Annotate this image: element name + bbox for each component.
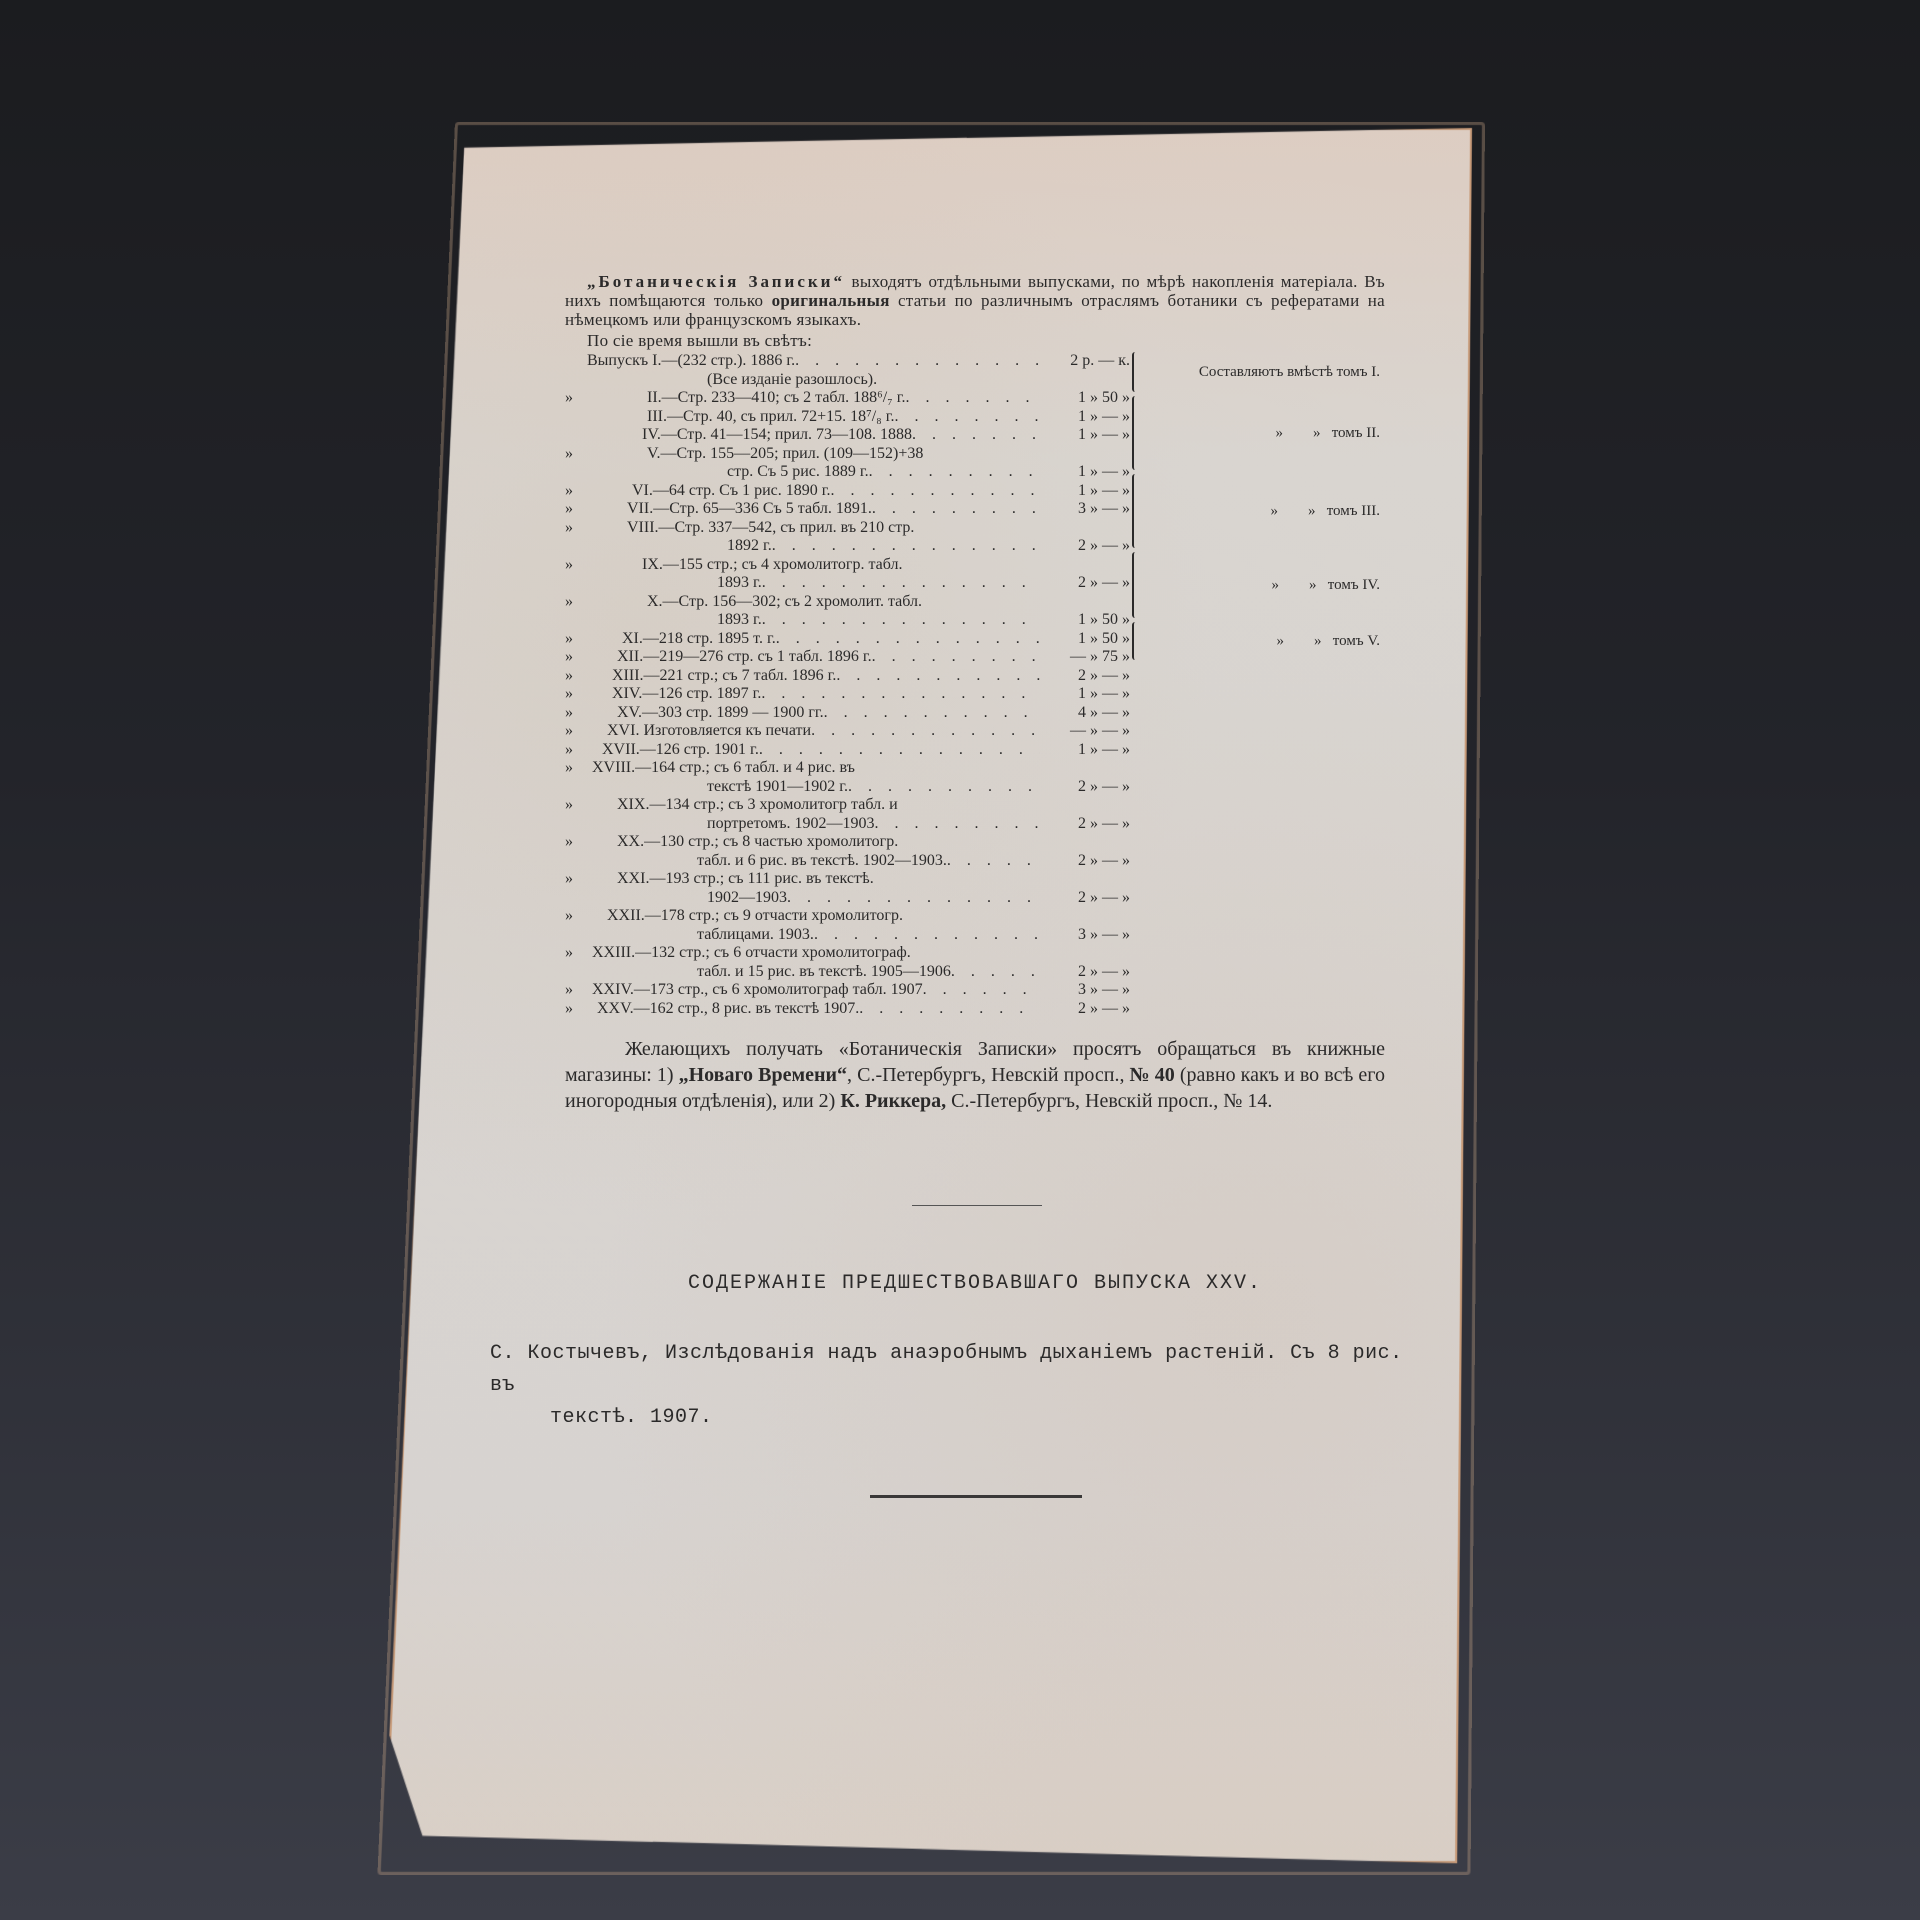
issue-row: III.—Стр. 40, съ прил. 72+15. 18⁷/₈ г. .… — [565, 408, 1130, 427]
issue-row: »II.—Стр. 233—410; съ 2 табл. 188⁶/₇ г. … — [565, 389, 1130, 408]
issue-row: »XIII.—221 стр.; съ 7 табл. 1896 г. . . … — [565, 667, 1130, 686]
issue-row: »XIV.—126 стр. 1897 г. . . . . . . . . .… — [565, 685, 1130, 704]
divider-rule — [912, 1205, 1042, 1206]
issue-row: стр. Съ 5 рис. 1889 г. . . . . . . . . .… — [565, 463, 1130, 482]
ditto-mark: » — [565, 500, 587, 519]
issue-description: 1893 г. — [587, 611, 762, 630]
issue-price: 1 » 50 » — [1040, 630, 1130, 649]
leader-dots: . . . . . . . . . . . . . . . . . . . — [906, 389, 1041, 408]
volume-label: » » томъ IV. — [1272, 576, 1380, 595]
issue-description: VI.—64 стр. Съ 1 рис. 1890 г. — [587, 482, 831, 501]
ditto-mark: » — [565, 482, 587, 501]
issue-description: 1892 г. — [587, 537, 772, 556]
volume-label: » » томъ V. — [1277, 632, 1380, 651]
previous-issue-contents: С. Костычевъ, Изслѣдованія надъ анаэробн… — [490, 1338, 1420, 1434]
issue-description: XXIII.—132 стр.; съ 6 отчасти хромолитог… — [587, 944, 911, 963]
leader-dots: . . . . . . . . . . . . . . . . . . . — [895, 408, 1041, 427]
issue-description: XX.—130 стр.; съ 8 частью хромолитогр. — [587, 833, 898, 852]
issue-row: »VIII.—Стр. 337—542, съ прил. въ 210 стр… — [565, 519, 1130, 538]
leader-dots: . . . . . . . . . . . . . . . . . . . — [759, 741, 1040, 760]
issue-description: XXI.—193 стр.; съ 111 рис. въ текстѣ. — [587, 870, 874, 889]
leader-dots: . . . . . . . . . . . . . . . . . . . — [762, 611, 1040, 630]
issue-row: таблицами. 1903. . . . . . . . . . . . .… — [565, 926, 1130, 945]
issue-row: »XI.—218 стр. 1895 т. г. . . . . . . . .… — [565, 630, 1130, 649]
issue-description: X.—Стр. 156—302; съ 2 хромолит. табл. — [587, 593, 922, 612]
issue-description: табл. и 15 рис. въ текстѣ. 1905—1906 — [587, 963, 951, 982]
issue-price: 4 » — » — [1040, 704, 1130, 723]
issue-price: 1 » — » — [1040, 408, 1130, 427]
issue-row: »XXII.—178 стр.; съ 9 отчасти хромолитог… — [565, 907, 1130, 926]
issue-description: IV.—Стр. 41—154; прил. 73—108. 1888 — [587, 426, 912, 445]
end-rule — [870, 1495, 1082, 1498]
issue-description: 1893 г. — [587, 574, 762, 593]
ditto-mark: » — [565, 648, 587, 667]
issue-row: »VI.—64 стр. Съ 1 рис. 1890 г. . . . . .… — [565, 482, 1130, 501]
issue-price: 2 » — » — [1040, 815, 1130, 834]
issue-description: табл. и 6 рис. въ текстѣ. 1902—1903. — [587, 852, 947, 871]
leader-dots: . . . . . . . . . . . . . . . . . . . — [762, 574, 1040, 593]
issue-row: 1892 г. . . . . . . . . . . . . . . . . … — [565, 537, 1130, 556]
issue-description: XII.—219—276 стр. съ 1 табл. 1896 г. — [587, 648, 872, 667]
brace — [1132, 352, 1140, 392]
ditto-mark: » — [565, 519, 587, 538]
leader-dots: . . . . . . . . . . . . . . . . . . . — [824, 704, 1040, 723]
issue-row: »XXV.—162 стр., 8 рис. въ текстѣ 1907. .… — [565, 1000, 1130, 1019]
issue-description: V.—Стр. 155—205; прил. (109—152)+38 — [587, 445, 923, 464]
issue-price: 1 » — » — [1040, 426, 1130, 445]
store-number: № 40 — [1130, 1064, 1175, 1086]
issue-row: »XII.—219—276 стр. съ 1 табл. 1896 г. . … — [565, 648, 1130, 667]
issue-description: портретомъ. 1902—1903 — [587, 815, 875, 834]
issue-row: Выпускъ I.—(232 стр.). 1886 г. . . . . .… — [565, 352, 1130, 371]
leader-dots: . . . . . . . . . . . . . . . . . . . — [859, 1000, 1040, 1019]
leader-dots: . . . . . . . . . . . . . . . . . . . — [912, 426, 1040, 445]
store-novoe-vremya: „Новаго Времени“ — [679, 1064, 847, 1086]
published-so-far: По сіе время вышли въ свѣтъ: — [565, 331, 1385, 350]
leader-dots: . . . . . . . . . . . . . . . . . . . — [814, 926, 1040, 945]
ditto-mark: » — [565, 630, 587, 649]
leader-dots: . . . . . . . . . . . . . . . . . . . — [787, 889, 1040, 908]
contents-line-1: С. Костычевъ, Изслѣдованія надъ анаэробн… — [490, 1338, 1420, 1402]
issue-row: »XVIII.—164 стр.; съ 6 табл. и 4 рис. въ — [565, 759, 1130, 778]
issue-price: 1 » 50 » — [1040, 389, 1130, 408]
issue-price: 1 » — » — [1040, 741, 1130, 760]
leader-dots: . . . . . . . . . . . . . . . . . . . — [869, 463, 1040, 482]
ditto-mark: » — [565, 944, 587, 963]
page-content: „Ботаническія Записки“ выходятъ отдѣльны… — [565, 272, 1385, 1114]
issue-row: »XX.—130 стр.; съ 8 частью хромолитогр. — [565, 833, 1130, 852]
issue-description: таблицами. 1903. — [587, 926, 814, 945]
issue-description: VII.—Стр. 65—336 Съ 5 табл. 1891. — [587, 500, 872, 519]
ditto-mark: » — [565, 833, 587, 852]
issue-description: XIV.—126 стр. 1897 г. — [587, 685, 761, 704]
journal-title: „Ботаническія Записки“ — [587, 272, 845, 291]
issue-description: XI.—218 стр. 1895 т. г. — [587, 630, 776, 649]
issue-price: 2 » — » — [1040, 1000, 1130, 1019]
leader-dots: . . . . . . . . . . . . . . . . . . . — [872, 500, 1040, 519]
issue-description: XVI. Изготовляется къ печати — [587, 722, 811, 741]
issue-description: XIX.—134 стр.; съ 3 хромолитогр табл. и — [587, 796, 898, 815]
issue-price: 1 » — » — [1040, 463, 1130, 482]
issue-description: XV.—303 стр. 1899 — 1900 гг. — [587, 704, 824, 723]
ditto-mark: » — [565, 907, 587, 926]
issue-row: табл. и 15 рис. въ текстѣ. 1905—1906 . .… — [565, 963, 1130, 982]
issues-list: Выпускъ I.—(232 стр.). 1886 г. . . . . .… — [565, 352, 1385, 1018]
issue-row: табл. и 6 рис. въ текстѣ. 1902—1903. . .… — [565, 852, 1130, 871]
ditto-mark: » — [565, 759, 587, 778]
issue-price: 2 » — » — [1040, 537, 1130, 556]
issue-row: 1902—1903 . . . . . . . . . . . . . . . … — [565, 889, 1130, 908]
issue-description: XXIV.—173 стр., съ 6 хромолитограф табл.… — [587, 981, 923, 1000]
issue-price: — » — » — [1040, 722, 1130, 741]
brace — [1132, 396, 1140, 470]
leader-dots: . . . . . . . . . . . . . . . . . . . — [772, 537, 1040, 556]
issue-description: II.—Стр. 233—410; съ 2 табл. 188⁶/₇ г. — [587, 389, 906, 408]
volume-label: » » томъ II. — [1275, 424, 1380, 443]
issue-description: Выпускъ I.—(232 стр.). 1886 г. — [587, 352, 795, 371]
brace — [1132, 552, 1140, 618]
order-text-4: С.-Петербургъ, Невскій просп., № 14. — [946, 1090, 1272, 1112]
leader-dots: . . . . . . . . . . . . . . . . . . . — [836, 667, 1040, 686]
ditto-mark: » — [565, 870, 587, 889]
issue-description: 1902—1903 — [587, 889, 787, 908]
issue-description: IX.—155 стр.; съ 4 хромолитогр. табл. — [587, 556, 903, 575]
issue-row: »IX.—155 стр.; съ 4 хромолитогр. табл. — [565, 556, 1130, 575]
ditto-mark: » — [565, 796, 587, 815]
issue-description: VIII.—Стр. 337—542, съ прил. въ 210 стр. — [587, 519, 914, 538]
issue-description: текстѣ 1901—1902 г. — [587, 778, 848, 797]
volume-label: » » томъ III. — [1270, 502, 1380, 521]
ditto-mark: » — [565, 593, 587, 612]
issue-description: XXV.—162 стр., 8 рис. въ текстѣ 1907. — [587, 1000, 859, 1019]
ditto-mark: » — [565, 685, 587, 704]
ditto-mark: » — [565, 722, 587, 741]
order-text-2: , С.-Петербургъ, Невскій просп., — [847, 1064, 1130, 1086]
issue-row: »VII.—Стр. 65—336 Съ 5 табл. 1891. . . .… — [565, 500, 1130, 519]
issue-row: 1893 г. . . . . . . . . . . . . . . . . … — [565, 611, 1130, 630]
ditto-mark: » — [565, 981, 587, 1000]
issue-row: »XIX.—134 стр.; съ 3 хромолитогр табл. и — [565, 796, 1130, 815]
issue-price: 2 » — » — [1040, 889, 1130, 908]
issue-description: XVIII.—164 стр.; съ 6 табл. и 4 рис. въ — [587, 759, 855, 778]
leader-dots: . . . . . . . . . . . . . . . . . . . — [795, 352, 1040, 371]
leader-dots: . . . . . . . . . . . . . . . . . . . — [923, 981, 1040, 1000]
leader-dots: . . . . . . . . . . . . . . . . . . . — [848, 778, 1040, 797]
issue-price: 3 » — » — [1040, 926, 1130, 945]
leader-dots: . . . . . . . . . . . . . . . . . . . — [875, 815, 1040, 834]
issue-row: »V.—Стр. 155—205; прил. (109—152)+38 — [565, 445, 1130, 464]
leader-dots: . . . . . . . . . . . . . . . . . . . — [761, 685, 1040, 704]
ditto-mark: » — [565, 389, 587, 408]
issue-price: 2 » — » — [1040, 667, 1130, 686]
issue-price: 1 » — » — [1040, 685, 1130, 704]
ditto-mark: » — [565, 667, 587, 686]
issue-description: (Все изданіе разошлось). — [587, 371, 877, 390]
issue-price: 2 » — » — [1040, 574, 1130, 593]
ditto-mark: » — [565, 704, 587, 723]
issue-description: XXII.—178 стр.; съ 9 отчасти хромолитогр… — [587, 907, 903, 926]
issue-row: (Все изданіе разошлось). — [565, 371, 1130, 390]
issue-row: »XXI.—193 стр.; съ 111 рис. въ текстѣ. — [565, 870, 1130, 889]
issue-row: »XXIII.—132 стр.; съ 6 отчасти хромолито… — [565, 944, 1130, 963]
issue-price: — » 75 » — [1040, 648, 1130, 667]
issue-description: XVII.—126 стр. 1901 г. — [587, 741, 759, 760]
issue-row: текстѣ 1901—1902 г. . . . . . . . . . . … — [565, 778, 1130, 797]
issue-row: »X.—Стр. 156—302; съ 2 хромолит. табл. — [565, 593, 1130, 612]
leader-dots: . . . . . . . . . . . . . . . . . . . — [951, 963, 1040, 982]
issue-price: 2 » — » — [1040, 778, 1130, 797]
leader-dots: . . . . . . . . . . . . . . . . . . . — [776, 630, 1040, 649]
leader-dots: . . . . . . . . . . . . . . . . . . . — [811, 722, 1040, 741]
leader-dots: . . . . . . . . . . . . . . . . . . . — [872, 648, 1040, 667]
ditto-mark: » — [565, 741, 587, 760]
issue-row: портретомъ. 1902—1903 . . . . . . . . . … — [565, 815, 1130, 834]
intro-paragraph: „Ботаническія Записки“ выходятъ отдѣльны… — [565, 272, 1385, 350]
issue-row: »XV.—303 стр. 1899 — 1900 гг. . . . . . … — [565, 704, 1130, 723]
issue-price: 3 » — » — [1040, 500, 1130, 519]
brace — [1132, 622, 1140, 660]
issue-row: »XXIV.—173 стр., съ 6 хромолитограф табл… — [565, 981, 1130, 1000]
brace — [1132, 474, 1140, 548]
leader-dots: . . . . . . . . . . . . . . . . . . . — [947, 852, 1040, 871]
issue-row: 1893 г. . . . . . . . . . . . . . . . . … — [565, 574, 1130, 593]
issue-price: 3 » — » — [1040, 981, 1130, 1000]
issue-description: XIII.—221 стр.; съ 7 табл. 1896 г. — [587, 667, 836, 686]
issue-price: 2 р. — к. — [1040, 352, 1130, 371]
store-rikker: К. Риккера, — [840, 1090, 946, 1112]
issue-price: 1 » 50 » — [1040, 611, 1130, 630]
contents-line-2: текстѣ. 1907. — [490, 1402, 1420, 1434]
issue-row: »XVI. Изготовляется къ печати . . . . . … — [565, 722, 1130, 741]
leader-dots: . . . . . . . . . . . . . . . . . . . — [831, 482, 1040, 501]
volume-label: Составляютъ вмѣстѣ томъ I. — [1199, 363, 1380, 382]
intro-original: оригинальныя — [772, 291, 890, 310]
ditto-mark: » — [565, 445, 587, 464]
ditto-mark: » — [565, 556, 587, 575]
issue-description: III.—Стр. 40, съ прил. 72+15. 18⁷/₈ г. — [587, 408, 895, 427]
issue-row: IV.—Стр. 41—154; прил. 73—108. 1888 . . … — [565, 426, 1130, 445]
issue-row: »XVII.—126 стр. 1901 г. . . . . . . . . … — [565, 741, 1130, 760]
ditto-mark: » — [565, 1000, 587, 1019]
issue-description: стр. Съ 5 рис. 1889 г. — [587, 463, 869, 482]
issue-price: 2 » — » — [1040, 852, 1130, 871]
ordering-info: Желающихъ получать «Ботаническія Записки… — [565, 1036, 1385, 1114]
contents-heading: СОДЕРЖАНІЕ ПРЕДШЕСТВОВАВШАГО ВЫПУСКА XXV… — [560, 1272, 1390, 1295]
issue-price: 2 » — » — [1040, 963, 1130, 982]
issue-price: 1 » — » — [1040, 482, 1130, 501]
